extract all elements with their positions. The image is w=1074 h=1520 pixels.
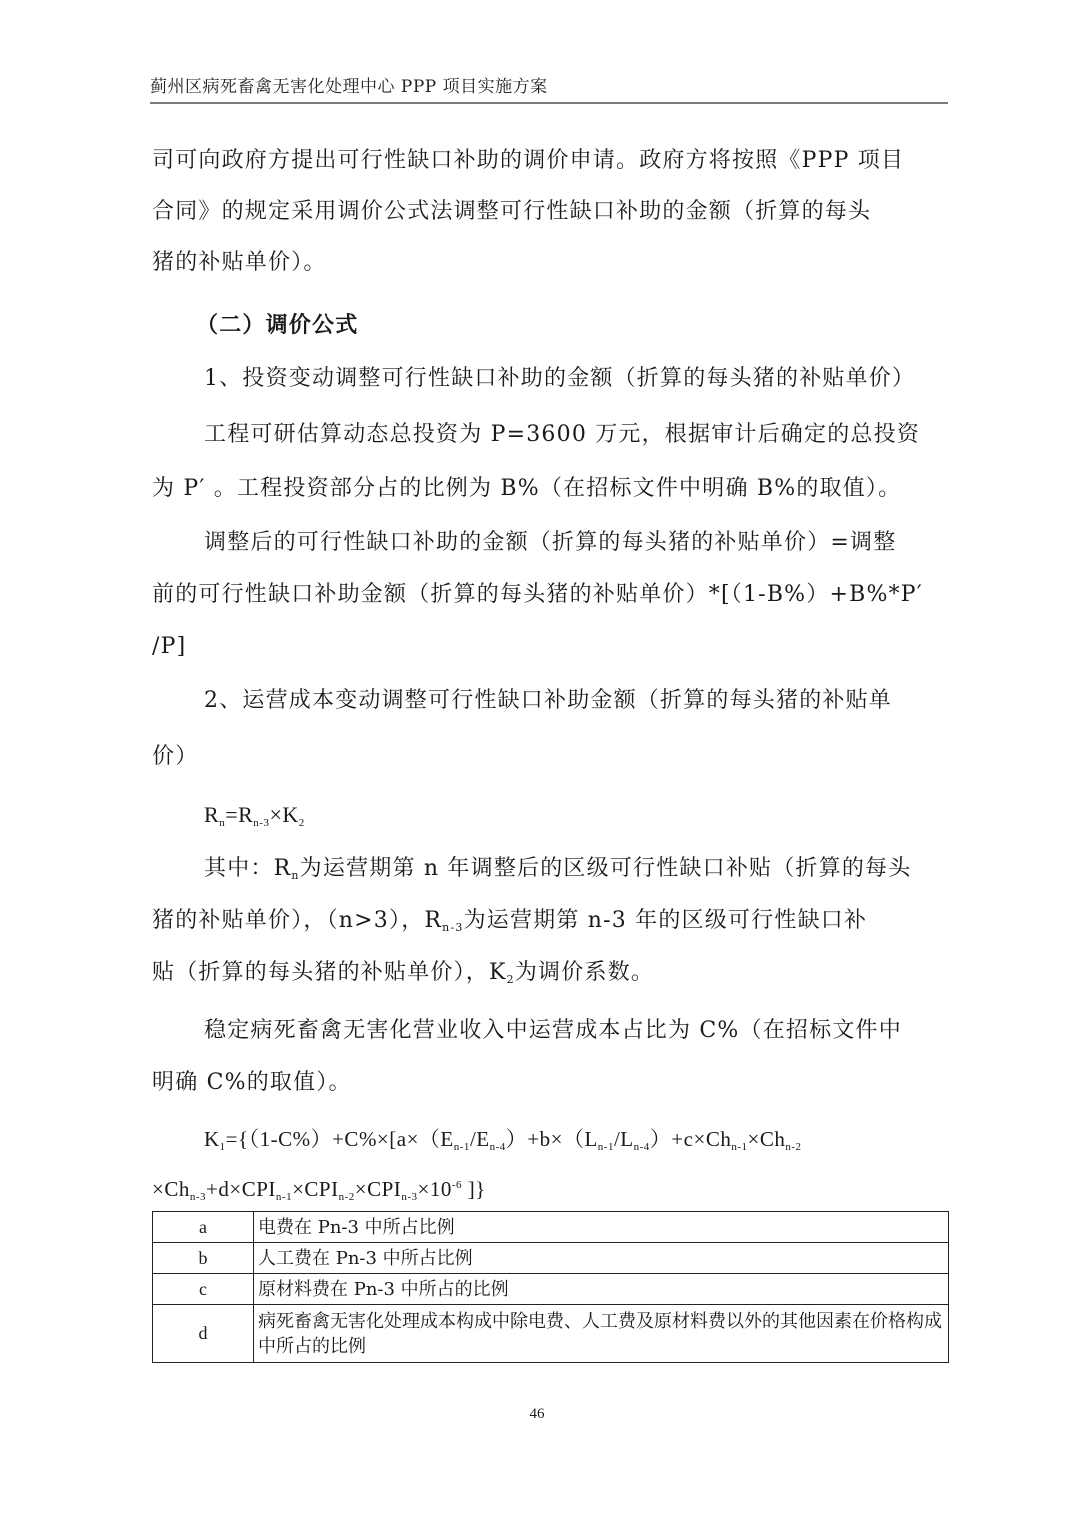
paragraph-line: 调整后的可行性缺口补助的金额（折算的每头猪的补贴单价）=调整 [204,528,1004,558]
table-cell-symbol: d [153,1305,254,1363]
formula-text: ）+b×（L [506,1127,598,1151]
formula-text: R [204,802,219,827]
table-row: c 原材料费在 Pn-3 中所占的比例 [153,1274,949,1305]
paragraph-line: 稳定病死畜禽无害化营业收入中运营成本占比为 C%（在招标文件中 [204,1016,1004,1046]
subscript: 2 [299,817,305,829]
formula-text: =R [225,802,253,827]
subscript: n-2 [785,1141,801,1153]
formula-text: ×K [269,802,298,827]
subscript: n-1 [731,1141,747,1153]
formula-k1-line: K1={（1-C%）+C%×[a×（En-1/En-4）+b×（Ln-1/Ln-… [204,1124,1004,1154]
superscript: -6 [452,1179,462,1191]
text-run: 贴（折算的每头猪的补贴单价），K [152,960,507,985]
subscript: n-2 [339,1191,355,1203]
formula-rn: Rn=Rn-3×K2 [204,800,1004,830]
formula-text: ×10 [417,1177,451,1201]
paragraph-line: 猪的补贴单价）。 [152,248,952,278]
formula-text: ×Ch [152,1177,190,1201]
paragraph-line: 贴（折算的每头猪的补贴单价），K2为调价系数。 [152,958,952,988]
formula-text: +d×CPI [206,1177,276,1201]
table-cell-symbol: c [153,1274,254,1305]
paragraph-line: 其中：Rn为运营期第 n 年调整后的区级可行性缺口补贴（折算的每头 [204,854,1004,884]
formula-text: ={（1-C%）+C%×[a×（E [226,1127,454,1151]
paragraph-line: 价） [152,742,952,772]
table-cell-symbol: a [153,1212,254,1243]
subscript: n-3 [253,817,269,829]
paragraph-line: 前的可行性缺口补助金额（折算的每头猪的补贴单价）*[（1-B%）+B%*P′ [152,580,952,610]
paragraph-line: 明确 C%的取值）。 [152,1068,952,1098]
subscript: n-3 [190,1191,206,1203]
paragraph-line: 猪的补贴单价），（n>3），Rn-3为运营期第 n-3 年的区级可行性缺口补 [152,906,952,936]
subscript: n-1 [276,1191,292,1203]
section-heading: （二）调价公式 [196,310,996,340]
table-row: a 电费在 Pn-3 中所占比例 [153,1212,949,1243]
paragraph-line: 工程可研估算动态总投资为 P=3600 万元，根据审计后确定的总投资 [204,420,1004,450]
running-header: 蓟州区病死畜禽无害化处理中心 PPP 项目实施方案 [150,76,948,104]
paragraph-line: /P] [152,632,952,662]
formula-text: ×CPI [355,1177,402,1201]
subscript: n-1 [598,1141,614,1153]
table-row: d 病死畜禽无害化处理成本构成中除电费、人工费及原材料费以外的其他因素在价格构成… [153,1305,949,1363]
table-cell-symbol: b [153,1243,254,1274]
table-cell-description: 原材料费在 Pn-3 中所占的比例 [254,1274,949,1305]
item-heading: 1、投资变动调整可行性缺口补助的金额（折算的每头猪的补贴单价） [204,364,1004,394]
paragraph-line: 为 P′ 。工程投资部分占的比例为 B%（在招标文件中明确 B%的取值）。 [152,474,952,504]
formula-text: /L [614,1127,634,1151]
formula-text: ]} [462,1177,486,1201]
subscript: 2 [507,973,515,986]
subscript: n-3 [401,1191,417,1203]
table-row: b 人工费在 Pn-3 中所占比例 [153,1243,949,1274]
formula-text: /E [470,1127,490,1151]
table-cell-description: 病死畜禽无害化处理成本构成中除电费、人工费及原材料费以外的其他因素在价格构成中所… [254,1305,949,1363]
page-number: 46 [0,1406,1074,1423]
text-run: 为运营期第 n 年调整后的区级可行性缺口补贴（折算的每头 [300,856,912,881]
formula-k1-line: ×Chn-3+d×CPIn-1×CPIn-2×CPIn-3×10-6 ]} [152,1174,952,1204]
formula-text: K [204,1127,220,1151]
coefficient-table: a 电费在 Pn-3 中所占比例 b 人工费在 Pn-3 中所占比例 c 原材料… [152,1211,949,1363]
text-run: 猪的补贴单价），（n>3），R [152,908,442,933]
subscript: n-4 [634,1141,650,1153]
document-title: 蓟州区病死畜禽无害化处理中心 PPP 项目实施方案 [150,76,948,98]
table-cell-description: 电费在 Pn-3 中所占比例 [254,1212,949,1243]
formula-text: ×CPI [292,1177,339,1201]
item-heading: 2、运营成本变动调整可行性缺口补助金额（折算的每头猪的补贴单 [204,686,1004,716]
text-run: 其中：R [204,856,291,881]
formula-text: ）+c×Ch [650,1127,732,1151]
paragraph-line: 合同》的规定采用调价公式法调整可行性缺口补助的金额（折算的每头 [152,197,952,227]
subscript: n-1 [454,1141,470,1153]
subscript: n-4 [490,1141,506,1153]
formula-text: ×Ch [748,1127,786,1151]
table-cell-description: 人工费在 Pn-3 中所占比例 [254,1243,949,1274]
paragraph-line: 司可向政府方提出可行性缺口补助的调价申请。政府方将按照《PPP 项目 [152,146,952,176]
subscript: n-3 [442,921,463,934]
subscript: n [291,869,299,882]
text-run: 为运营期第 n-3 年的区级可行性缺口补 [464,908,868,933]
text-run: 为调价系数。 [515,960,654,985]
